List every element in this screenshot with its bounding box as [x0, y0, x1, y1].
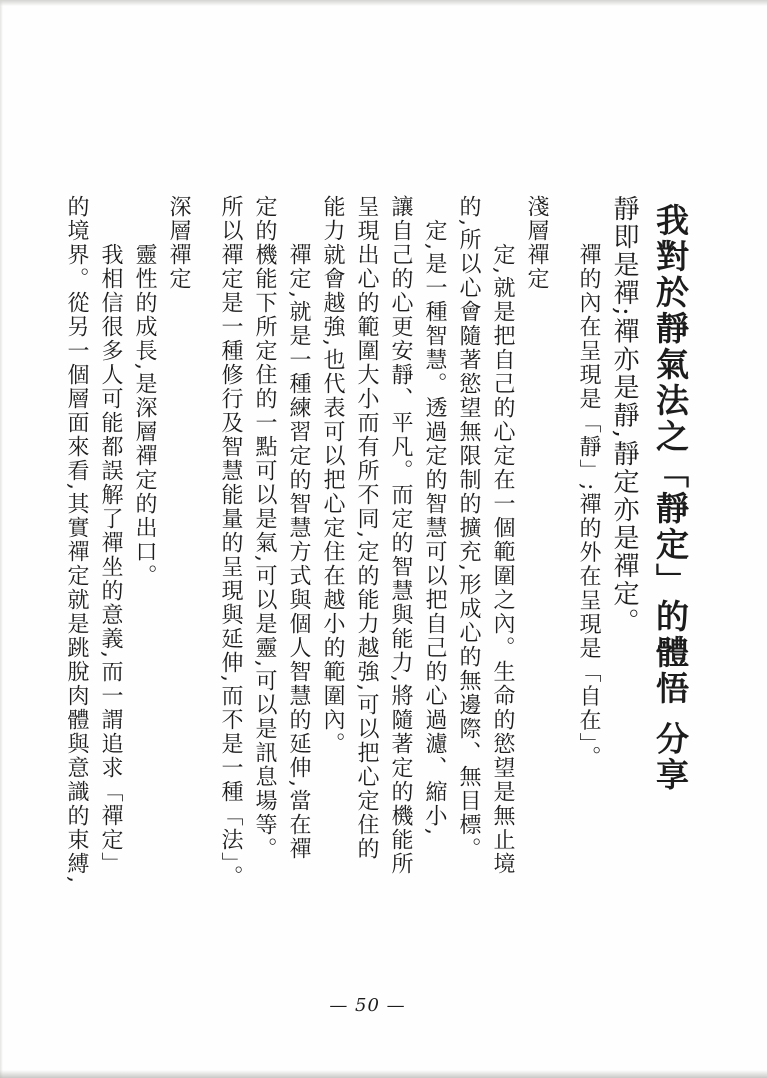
scan-edge-left	[0, 0, 3, 1078]
scan-edge-bottom	[0, 1070, 767, 1078]
text-column: 我相信很多人可能都誤解了禪坐的意義,而一謂追求「禪定」	[93, 195, 127, 985]
text-column: 的,所以心會隨著慾望無限制的擴充,形成心的無邊際、無目標。	[451, 195, 485, 985]
text-column: 定的機能下所定住的一點可以是氣,可以是靈,可以是訊息場等。	[247, 195, 281, 985]
page-number: — 50 —	[0, 995, 735, 1016]
text-column: 的境界。從另一個層面來看,其實禪定就是跳脫肉體與意識的束縛,	[59, 195, 93, 985]
text-column: 靈性的成長,是深層禪定的出口。	[127, 195, 161, 985]
book-page: 我對於靜氣法之「靜定」的體悟 分享靜即是禪;禪亦是靜,靜定亦是禪定。禪的內在呈現…	[0, 0, 767, 1078]
text-column: 禪的內在呈現是「靜」;禪的外在呈現是「自在」。	[571, 195, 605, 985]
page-title: 我對於靜氣法之「靜定」的體悟 分享	[643, 195, 697, 985]
scan-edge-top	[0, 0, 767, 6]
section-heading: 深層禪定	[161, 195, 195, 985]
text-column: 定,就是把自己的心定在一個範圍之內。生命的慾望是無止境	[485, 195, 519, 985]
text-column: 呈現出心的範圍大小而有所不同,定的能力越強,可以把心定住的	[349, 195, 383, 985]
subtitle-line: 靜即是禪;禪亦是靜,靜定亦是禪定。	[605, 195, 643, 985]
text-column: 所以禪定是一種修行及智慧能量的呈現與延伸,而不是一種「法」。	[213, 195, 247, 985]
text-column: 讓自己的心更安靜、平凡。而定的智慧與能力,將隨著定的機能所	[383, 195, 417, 985]
text-block: 我對於靜氣法之「靜定」的體悟 分享靜即是禪;禪亦是靜,靜定亦是禪定。禪的內在呈現…	[59, 195, 697, 985]
text-column: 定,是一種智慧。透過定的智慧可以把自己的心過濾、縮小,	[417, 195, 451, 985]
section-heading: 淺層禪定	[519, 195, 553, 985]
text-column: 能力就會越強,也代表可以把心定住在越小的範圍內。	[315, 195, 349, 985]
text-column: 禪定,就是一種練習定的智慧方式與個人智慧的延伸,當在禪	[281, 195, 315, 985]
